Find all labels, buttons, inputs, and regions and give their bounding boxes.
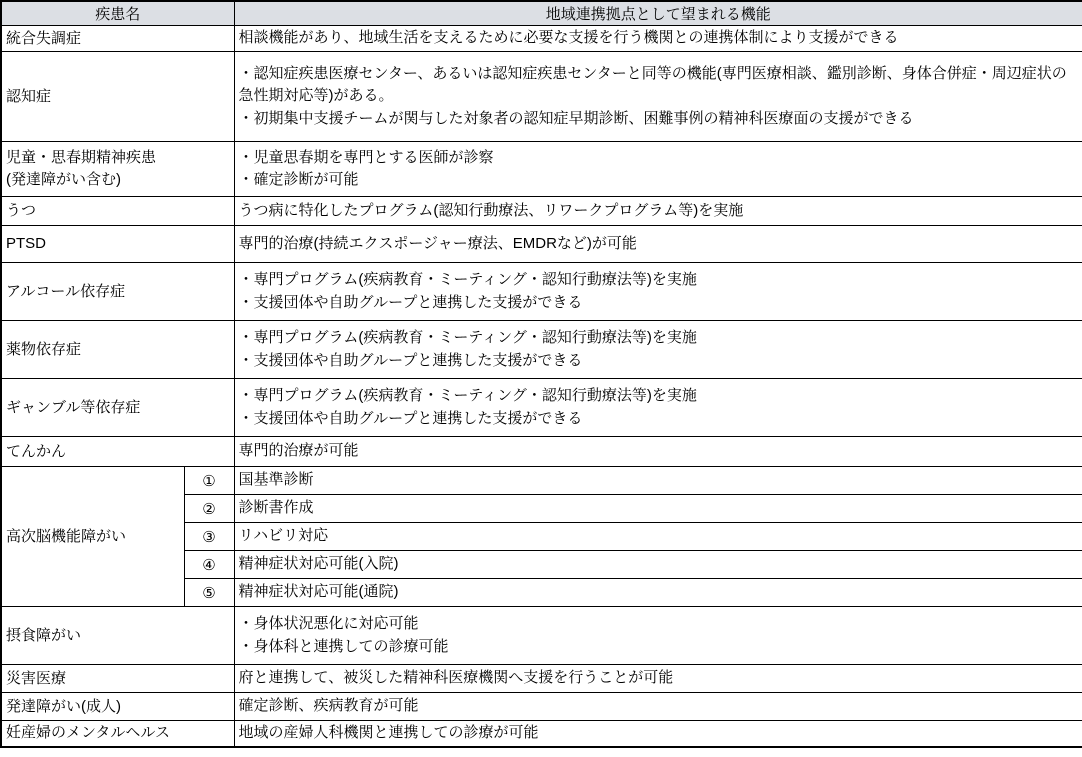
table-row-eating-disorder: 摂食障がい ・身体状況悪化に対応可能 ・身体科と連携しての診療可能 (1, 607, 1082, 665)
disease-name: 災害医療 (1, 665, 234, 693)
table-row-dementia: 認知症 ・認知症疾患医療センター、あるいは認知症疾患センターと同等の機能(専門医… (1, 52, 1082, 142)
table-row-drug-dependence: 薬物依存症 ・専門プログラム(疾病教育・ミーティング・認知行動療法等)を実施 ・… (1, 321, 1082, 379)
disease-name: 摂食障がい (1, 607, 234, 665)
function-text: 確定診断、疾病教育が可能 (234, 693, 1082, 721)
function-text: 診断書作成 (234, 495, 1082, 523)
table-row-depression: うつ うつ病に特化したプログラム(認知行動療法、リワークプログラム等)を実施 (1, 197, 1082, 226)
table-row-alcohol-dependence: アルコール依存症 ・専門プログラム(疾病教育・ミーティング・認知行動療法等)を実… (1, 263, 1082, 321)
table-row-schizophrenia: 統合失調症 相談機能があり、地域生活を支えるために必要な支援を行う機関との連携体… (1, 26, 1082, 52)
disease-name: 統合失調症 (1, 26, 234, 52)
item-number: ③ (184, 523, 234, 551)
disease-name: PTSD (1, 226, 234, 263)
function-text: 精神症状対応可能(入院) (234, 551, 1082, 579)
function-text: ・身体状況悪化に対応可能 ・身体科と連携しての診療可能 (234, 607, 1082, 665)
function-text: ・専門プログラム(疾病教育・ミーティング・認知行動療法等)を実施 ・支援団体や自… (234, 263, 1082, 321)
item-number: ② (184, 495, 234, 523)
table-row-gambling-dependence: ギャンブル等依存症 ・専門プログラム(疾病教育・ミーティング・認知行動療法等)を… (1, 379, 1082, 437)
table-row-child-adolescent: 児童・思春期精神疾患 (発達障がい含む) ・児童思春期を専門とする医師が診察 ・… (1, 142, 1082, 197)
function-text: 国基準診断 (234, 467, 1082, 495)
function-text: 専門的治療(持続エクスポージャー療法、EMDRなど)が可能 (234, 226, 1082, 263)
disease-name: アルコール依存症 (1, 263, 234, 321)
function-text: ・専門プログラム(疾病教育・ミーティング・認知行動療法等)を実施 ・支援団体や自… (234, 321, 1082, 379)
item-number: ⑤ (184, 579, 234, 607)
function-text: ・児童思春期を専門とする医師が診察 ・確定診断が可能 (234, 142, 1082, 197)
table-row-brain-injury-1: 高次脳機能障がい ① 国基準診断 (1, 467, 1082, 495)
disease-name: うつ (1, 197, 234, 226)
function-text: 地域の産婦人科機関と連携しての診療が可能 (234, 721, 1082, 747)
table-row-disaster-medicine: 災害医療 府と連携して、被災した精神科医療機関へ支援を行うことが可能 (1, 665, 1082, 693)
disease-function-table: 疾患名 地域連携拠点として望まれる機能 統合失調症 相談機能があり、地域生活を支… (0, 0, 1082, 748)
disease-name: 妊産婦のメンタルヘルス (1, 721, 234, 747)
disease-name: てんかん (1, 437, 234, 467)
function-text: ・認知症疾患医療センター、あるいは認知症疾患センターと同等の機能(専門医療相談、… (234, 52, 1082, 142)
table-row-maternal-mental-health: 妊産婦のメンタルヘルス 地域の産婦人科機関と連携しての診療が可能 (1, 721, 1082, 747)
disease-name: ギャンブル等依存症 (1, 379, 234, 437)
item-number: ④ (184, 551, 234, 579)
disease-name: 発達障がい(成人) (1, 693, 234, 721)
function-text: リハビリ対応 (234, 523, 1082, 551)
disease-name: 高次脳機能障がい (1, 467, 184, 607)
item-number: ① (184, 467, 234, 495)
function-text: ・専門プログラム(疾病教育・ミーティング・認知行動療法等)を実施 ・支援団体や自… (234, 379, 1082, 437)
column-header-function: 地域連携拠点として望まれる機能 (234, 1, 1082, 26)
function-text: うつ病に特化したプログラム(認知行動療法、リワークプログラム等)を実施 (234, 197, 1082, 226)
function-text: 専門的治療が可能 (234, 437, 1082, 467)
table-row-epilepsy: てんかん 専門的治療が可能 (1, 437, 1082, 467)
function-text: 相談機能があり、地域生活を支えるために必要な支援を行う機関との連携体制により支援… (234, 26, 1082, 52)
disease-name: 薬物依存症 (1, 321, 234, 379)
function-text: 精神症状対応可能(通院) (234, 579, 1082, 607)
disease-name: 認知症 (1, 52, 234, 142)
header-row: 疾患名 地域連携拠点として望まれる機能 (1, 1, 1082, 26)
table-row-developmental-adult: 発達障がい(成人) 確定診断、疾病教育が可能 (1, 693, 1082, 721)
function-text: 府と連携して、被災した精神科医療機関へ支援を行うことが可能 (234, 665, 1082, 693)
column-header-disease: 疾患名 (1, 1, 234, 26)
disease-name: 児童・思春期精神疾患 (発達障がい含む) (1, 142, 234, 197)
table-row-ptsd: PTSD 専門的治療(持続エクスポージャー療法、EMDRなど)が可能 (1, 226, 1082, 263)
